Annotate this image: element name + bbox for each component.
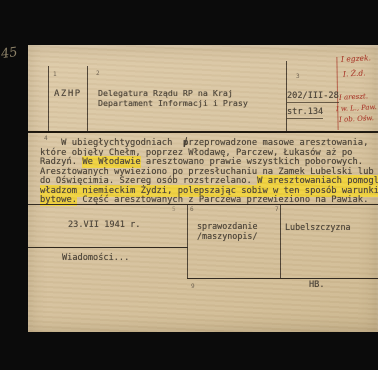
header-bottom-rule <box>28 131 378 133</box>
red-note-aresztowania: I areszt. <box>339 92 368 102</box>
pencil-corner-number: 45 <box>0 45 18 62</box>
date-cell-rule <box>28 247 188 248</box>
field-number-1: 1 <box>53 71 57 78</box>
red-note-category: I. Ż.d. <box>343 68 366 78</box>
org-line-1: Delegatura Rządu RP na Kraj <box>98 88 233 98</box>
header-divider-1 <box>48 66 49 131</box>
typewriter-text: aresztowano prawie wszystkich poborowych… <box>141 157 363 167</box>
doc-type-line-2: /maszynopis/ <box>197 231 258 241</box>
header-divider-2 <box>87 66 88 131</box>
footer-divider-2 <box>280 204 281 279</box>
red-note-wiezienia: I w. L., Paw. ( <box>336 103 378 113</box>
footer-bottom-rule <box>187 278 378 279</box>
field-number-6: 6 <box>190 206 194 213</box>
document-date: 23.VII 1941 r. <box>68 220 140 230</box>
typewriter-text: W ubiegłychtygodniach <box>40 138 183 148</box>
footer-divider-1 <box>187 204 188 279</box>
region-label: Lubelszczyzna <box>285 222 351 232</box>
field-number-2: 2 <box>96 70 100 77</box>
field-number-9: 9 <box>191 283 195 290</box>
field-number-5: 5 <box>172 206 176 213</box>
typewriter-text: Radzyń. <box>40 157 82 167</box>
issuing-organization: Delegatura Rządu RP na KrajDepartament I… <box>98 88 248 108</box>
footer-top-rule <box>28 204 378 205</box>
field-number-3: 3 <box>296 73 300 80</box>
scanned-archive-photo: 45 1 AZHP 2 Delegatura Rządu RP na KrajD… <box>0 0 378 370</box>
doc-type-line-1: sprawozdanie <box>197 221 258 231</box>
typewriter-text: p <box>183 138 188 148</box>
field-number-7: 7 <box>275 206 279 213</box>
red-note-oboz: I ob. Ośw. <box>339 114 374 124</box>
highlighted-text: We Włodawie <box>82 157 140 167</box>
page-reference: str.134 <box>287 107 323 119</box>
red-note-egzekucje: I egzek. <box>341 53 371 64</box>
archive-signature: 202/III-28 <box>287 91 339 103</box>
document-subject: Wiadomości... <box>62 253 129 263</box>
archive-index-card: 1 AZHP 2 Delegatura Rządu RP na KrajDepa… <box>28 45 378 332</box>
archive-code: AZHP <box>54 89 82 99</box>
document-paragraph: W ubiegłychtygodniach przeprowadzone mas… <box>40 139 378 206</box>
document-type: sprawozdanie/maszynopis/ <box>197 222 258 241</box>
typewriter-text: rzeprowadzone masowe aresztowania, <box>188 138 368 148</box>
highlighted-text: W aresztowaniach pomogli <box>257 176 378 186</box>
cataloguer-initials: HB. <box>309 280 325 290</box>
org-line-2: Departament Informacji i Prasy <box>98 98 248 108</box>
typewriter-text: do Oświęcimia. Szereg osób rozstrzelano. <box>40 176 257 186</box>
